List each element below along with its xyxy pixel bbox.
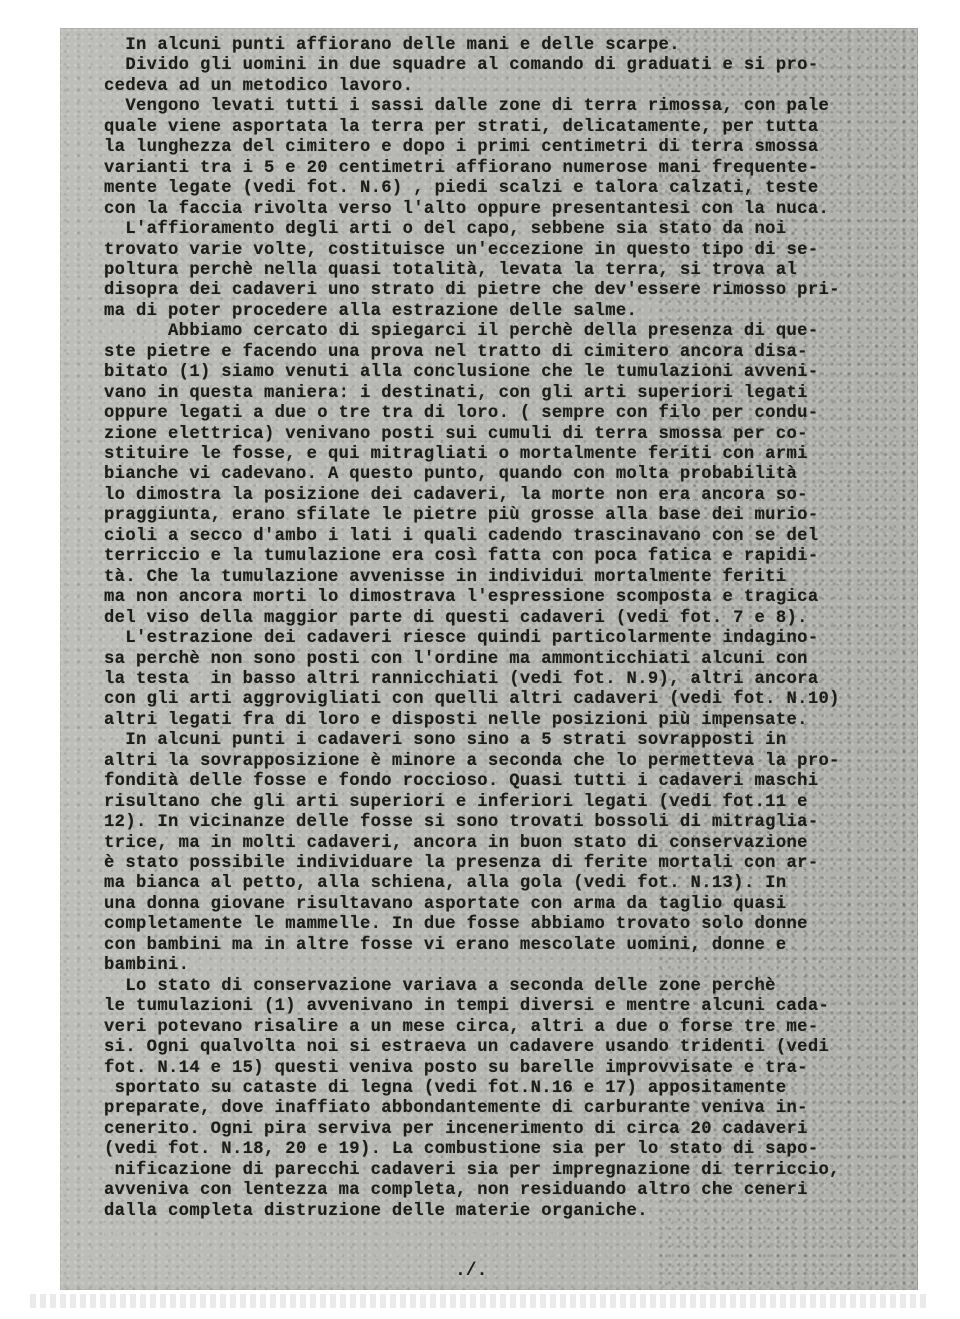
text-line: trice, ma in molti cadaveri, ancora in b… bbox=[104, 834, 808, 854]
text-line: si. Ogni qualvolta noi si estraeva un ca… bbox=[104, 1038, 829, 1058]
text-line: altri la sovrapposizione è minore a seco… bbox=[104, 752, 840, 772]
text-line: bianche vi cadevano. A questo punto, qua… bbox=[104, 465, 797, 485]
text-line: dalla completa distruzione delle materie… bbox=[104, 1202, 648, 1222]
text-line: le tumulazioni (1) avvenivano in tempi d… bbox=[104, 997, 829, 1017]
text-line: nificazione di parecchi cadaveri sia per… bbox=[104, 1161, 840, 1181]
text-line: fondità delle fosse e fondo roccioso. Qu… bbox=[104, 772, 819, 792]
text-line: cenerito. Ogni pira serviva per inceneri… bbox=[104, 1120, 808, 1140]
text-line: Abbiamo cercato di spiegarci il perchè d… bbox=[104, 322, 819, 342]
text-line: varianti tra i 5 e 20 centimetri affiora… bbox=[104, 159, 819, 179]
text-line: stituire le fosse, e qui mitragliati o m… bbox=[104, 445, 808, 465]
text-line: bitato (1) siamo venuti alla conclusione… bbox=[104, 363, 819, 383]
text-line: fot. N.14 e 15) questi veniva posto su b… bbox=[104, 1059, 808, 1079]
text-line: cioli a secco d'ambo i lati i quali cade… bbox=[104, 527, 819, 547]
text-line: praggiunta, erano sfilate le pietre più … bbox=[104, 506, 819, 526]
text-line: vano in questa maniera: i destinati, con… bbox=[104, 384, 808, 404]
text-line: 12). In vicinanze delle fosse si sono tr… bbox=[104, 813, 819, 833]
text-line: bambini. bbox=[104, 956, 189, 976]
text-line: sa perchè non sono posti con l'ordine ma… bbox=[104, 650, 808, 670]
text-line: zione elettrica) venivano posti sui cumu… bbox=[104, 425, 808, 445]
text-line: ma bianca al petto, alla schiena, alla g… bbox=[104, 874, 787, 894]
text-line: altri legati fra di loro e disposti nell… bbox=[104, 711, 808, 731]
text-line: L'estrazione dei cadaveri riesce quindi … bbox=[104, 629, 819, 649]
text-line: avveniva con lentezza ma completa, non r… bbox=[104, 1181, 808, 1201]
text-line: trovato varie volte, costituisce un'ecce… bbox=[104, 241, 819, 261]
text-line: tà. Che la tumulazione avvenisse in indi… bbox=[104, 568, 787, 588]
bleed-through-text bbox=[30, 1294, 930, 1308]
text-line: L'affioramento degli arti o del capo, se… bbox=[104, 220, 787, 240]
text-line: del viso della maggior parte di questi c… bbox=[104, 609, 808, 629]
text-line: veri potevano risalire a un mese circa, … bbox=[104, 1018, 819, 1038]
text-line: con bambini ma in altre fosse vi erano m… bbox=[104, 936, 787, 956]
text-line: Divido gli uomini in due squadre al coma… bbox=[104, 56, 819, 76]
text-line: una donna giovane risultavano asportate … bbox=[104, 895, 787, 915]
text-line: quale viene asportata la terra per strat… bbox=[104, 118, 819, 138]
text-line: Vengono levati tutti i sassi dalle zone … bbox=[104, 97, 829, 117]
text-line: sportato su cataste di legna (vedi fot.N… bbox=[104, 1079, 787, 1099]
text-line: (vedi fot. N.18, 20 e 19). La combustion… bbox=[104, 1140, 819, 1160]
text-line: completamente le mammelle. In due fosse … bbox=[104, 915, 808, 935]
text-line: con gli arti aggrovigliati con quelli al… bbox=[104, 690, 840, 710]
text-line: lo dimostra la posizione dei cadaveri, l… bbox=[104, 486, 808, 506]
text-line: mente legate (vedi fot. N.6) , piedi sca… bbox=[104, 179, 819, 199]
text-line: preparate, dove inaffiato abbondantement… bbox=[104, 1099, 808, 1119]
text-line: poltura perchè nella quasi totalità, lev… bbox=[104, 261, 797, 281]
text-line: ste pietre e facendo una prova nel tratt… bbox=[104, 343, 808, 363]
text-line: In alcuni punti i cadaveri sono sino a 5… bbox=[104, 731, 787, 751]
text-line: ma non ancora morti lo dimostrava l'espr… bbox=[104, 588, 819, 608]
text-line: è stato possibile individuare la presenz… bbox=[104, 854, 819, 874]
text-line: con la faccia rivolta verso l'alto oppur… bbox=[104, 200, 829, 220]
page-continuation-marker: ./. bbox=[455, 1261, 487, 1281]
text-line: la testa in basso altri rannicchiati (ve… bbox=[104, 670, 819, 690]
text-line: cedeva ad un metodico lavoro. bbox=[104, 77, 413, 97]
text-line: Lo stato di conservazione variava a seco… bbox=[104, 977, 776, 997]
text-line: oppure legati a due o tre tra di loro. (… bbox=[104, 404, 819, 424]
text-line: In alcuni punti affiorano delle mani e d… bbox=[104, 36, 680, 56]
typewritten-page: In alcuni punti affiorano delle mani e d… bbox=[60, 28, 918, 1290]
text-line: terriccio e la tumulazione era così fatt… bbox=[104, 547, 819, 567]
text-line: la lunghezza del cimitero e dopo i primi… bbox=[104, 138, 819, 158]
text-line: disopra dei cadaveri uno strato di pietr… bbox=[104, 281, 840, 301]
text-line: ma di poter procedere alla estrazione de… bbox=[104, 302, 637, 322]
text-line: risultano che gli arti superiori e infer… bbox=[104, 793, 808, 813]
